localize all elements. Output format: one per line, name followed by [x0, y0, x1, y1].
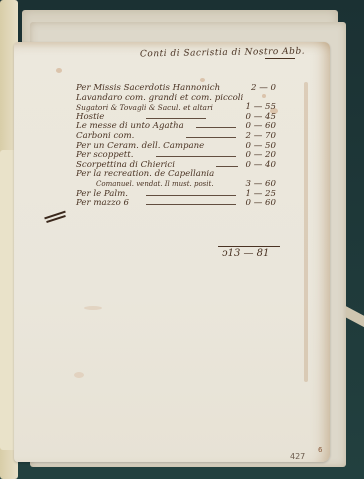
filler-dash — [186, 137, 236, 138]
ledger-entries: Per Missis Sacerdotis Hannonich2 — 0 Lav… — [76, 84, 276, 209]
page-edge-stain — [304, 82, 308, 382]
filler-dash — [196, 127, 236, 128]
entry-description: Lavandaro com. grandi et com. piccoli — [76, 94, 243, 104]
sum-line — [218, 246, 280, 247]
foxing-stain — [200, 78, 205, 82]
foxing-stain — [74, 372, 84, 378]
entry-amount: 0 — 60 — [246, 199, 276, 209]
filler-dash — [146, 118, 206, 119]
entry-description: Per mazzo 6 — [76, 199, 129, 209]
foxing-stain — [56, 68, 62, 73]
filler-dash — [146, 195, 236, 196]
filler-dash — [156, 156, 236, 157]
entry-amount: 0 — 40 — [246, 161, 276, 171]
entry-amount: 2 — 0 — [251, 84, 276, 94]
entry-description: Per la recreation. de Capellania — [76, 170, 214, 180]
foxing-stain — [84, 306, 102, 310]
ledger-row: Per mazzo 60 — 60 — [76, 199, 276, 209]
filler-dash — [146, 204, 236, 205]
ledger-total: ↄ13 — 81 — [222, 248, 269, 259]
folio-number: 427 — [290, 452, 305, 461]
edge-note: 6 — [318, 446, 322, 454]
heading-flourish — [265, 58, 295, 59]
filler-dash — [216, 166, 238, 167]
